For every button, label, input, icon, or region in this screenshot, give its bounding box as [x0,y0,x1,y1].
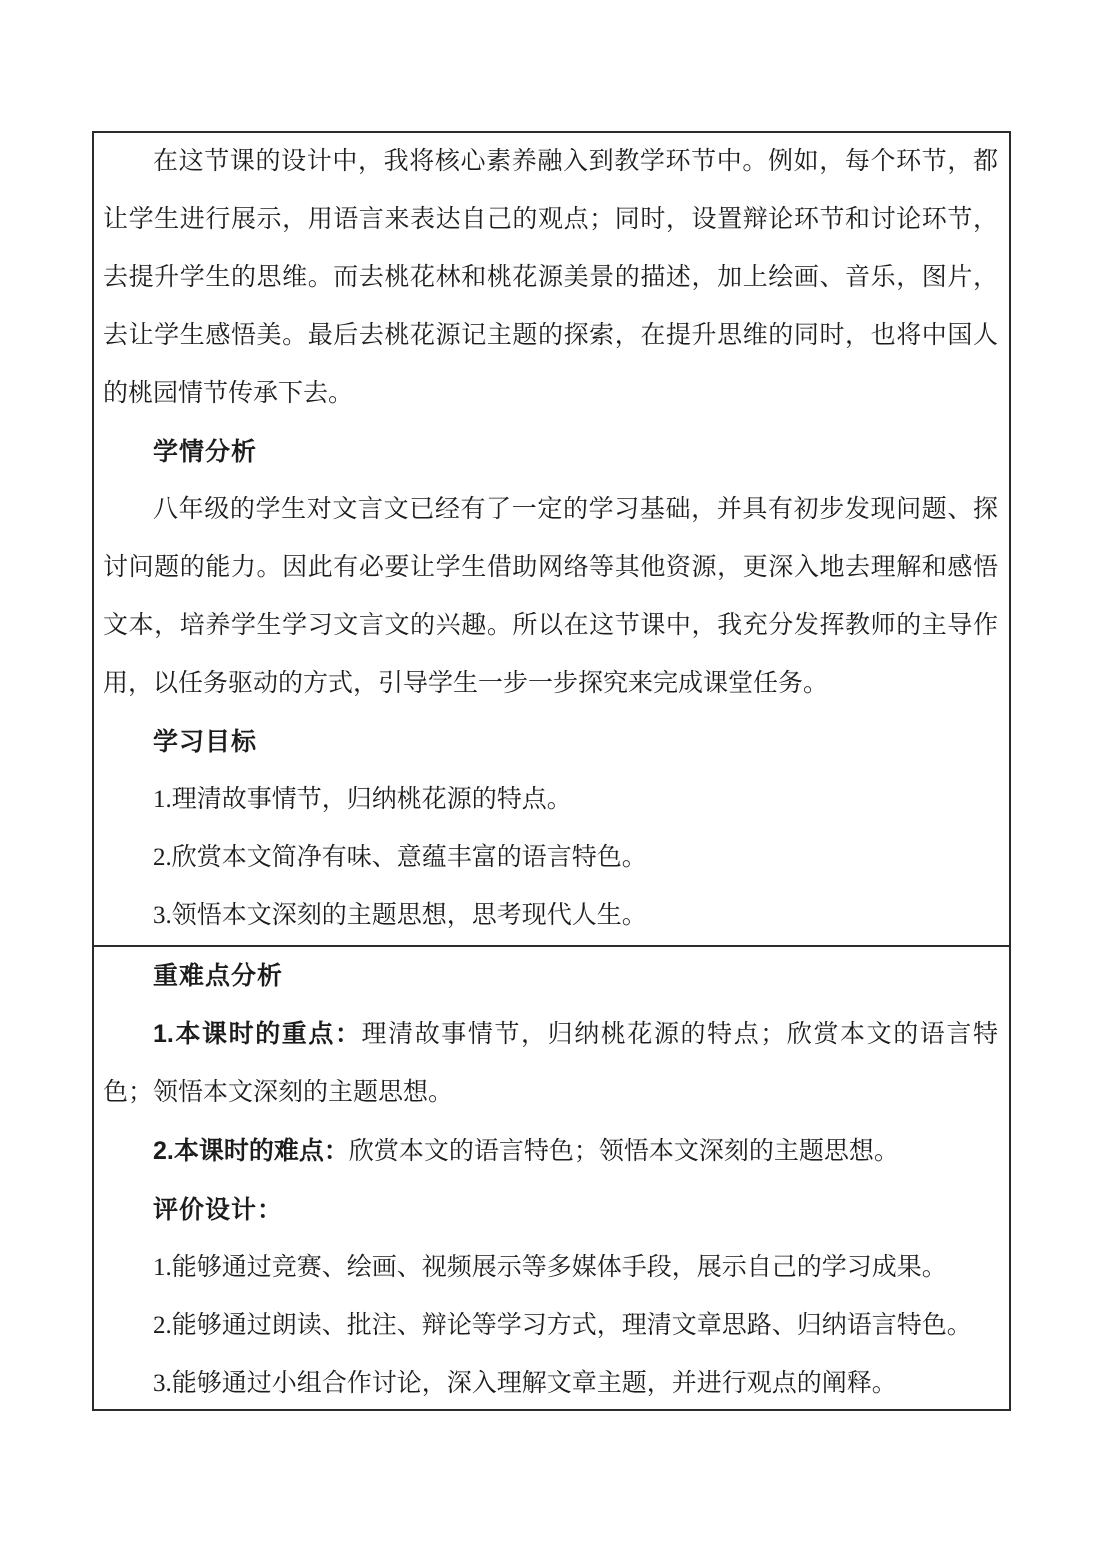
paragraph: 在这节课的设计中，我将核心素养融入到教学环节中。例如，每个环节，都让学生进行展示… [103,133,998,423]
lesson-plan-table: 在这节课的设计中，我将核心素养融入到教学环节中。例如，每个环节，都让学生进行展示… [92,131,1011,1411]
cell-key-points-and-evaluation: 重难点分析1.本课时的重点：理清故事情节，归纳桃花源的特点；欣赏本文的语言特色；… [94,945,1009,1409]
section-heading: 评价设计： [103,1181,998,1239]
paragraph: 2.本课时的难点：欣赏本文的语言特色；领悟本文深刻的主题思想。 [103,1122,998,1181]
paragraph: 1.能够通过竞赛、绘画、视频展示等多媒体手段，展示自己的学习成果。 [103,1239,998,1297]
paragraph: 2.欣赏本文简净有味、意蕴丰富的语言特色。 [103,829,998,887]
section-heading: 重难点分析 [103,947,998,1005]
paragraph: 2.能够通过朗读、批注、辩论等学习方式，理清文章思路、归纳语言特色。 [103,1297,998,1355]
paragraph: 3.领悟本文深刻的主题思想，思考现代人生。 [103,887,998,945]
document-page: { "page": { "width": 1102, "height": 155… [0,0,1102,1559]
bold-label: 1.本课时的重点： [153,1020,362,1048]
section-heading: 学习目标 [103,713,998,771]
cell-design-and-goals: 在这节课的设计中，我将核心素养融入到教学环节中。例如，每个环节，都让学生进行展示… [94,133,1009,945]
paragraph: 1.理清故事情节，归纳桃花源的特点。 [103,771,998,829]
section-heading: 学情分析 [103,423,998,481]
paragraph: 1.本课时的重点：理清故事情节，归纳桃花源的特点；欣赏本文的语言特色；领悟本文深… [103,1005,998,1122]
paragraph: 八年级的学生对文言文已经有了一定的学习基础，并具有初步发现问题、探讨问题的能力。… [103,481,998,713]
paragraph-text: 欣赏本文的语言特色；领悟本文深刻的主题思想。 [349,1138,899,1165]
bold-label: 2.本课时的难点： [153,1137,349,1165]
paragraph: 3.能够通过小组合作讨论，深入理解文章主题，并进行观点的阐释。 [103,1355,998,1409]
